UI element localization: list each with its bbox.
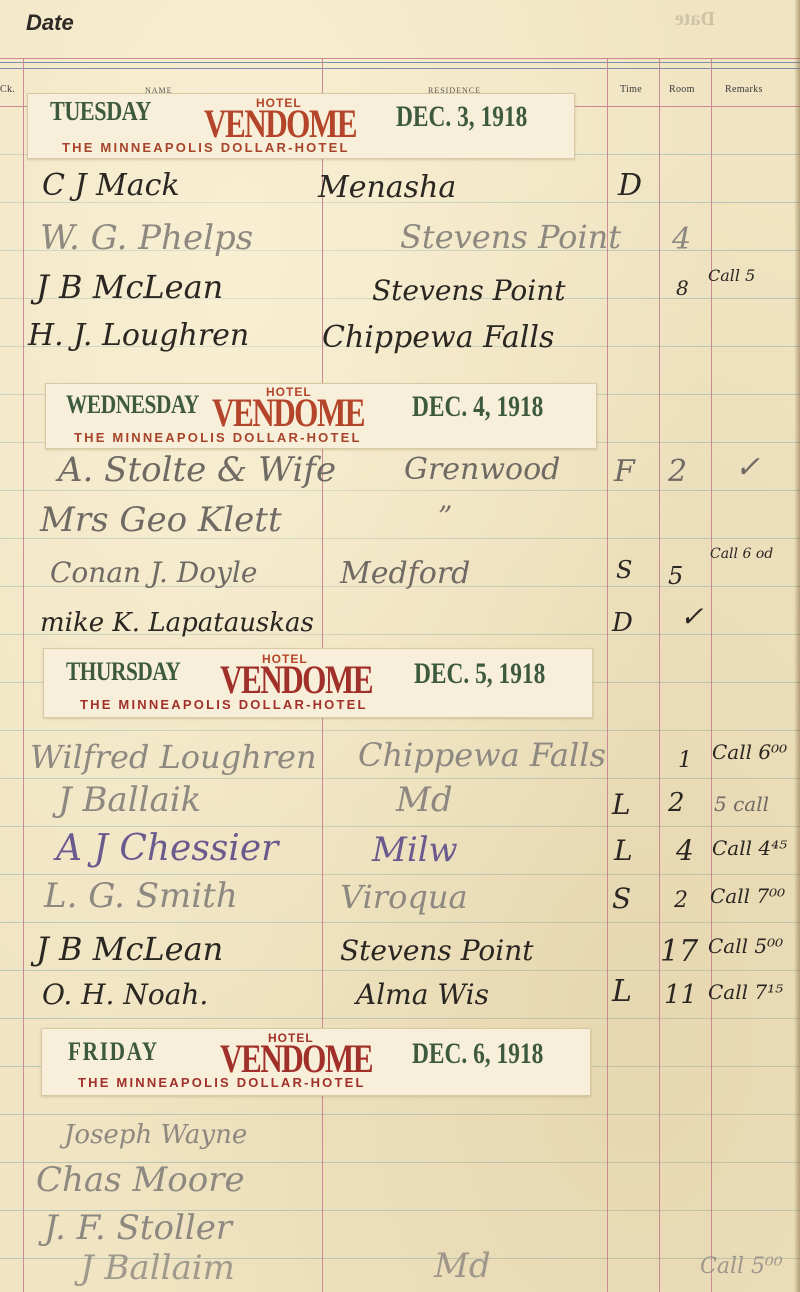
banner-date: DEC. 5, 1918 [414, 657, 545, 691]
guest-name: mike K. Lapatauskas [40, 608, 314, 638]
banner-tagline: THE MINNEAPOLIS DOLLAR-HOTEL [78, 1075, 366, 1090]
guest-name: J. F. Stoller [44, 1208, 232, 1248]
guest-residence: Md [434, 1246, 491, 1286]
guest-residence: Grenwood [404, 452, 560, 487]
column-divider-room [659, 58, 660, 1292]
guest-name: J B McLean [36, 268, 223, 306]
guest-residence: Stevens Point [340, 934, 534, 967]
guest-room: 4 [672, 222, 691, 257]
guest-room: 5 [668, 562, 683, 590]
page-date-label: Date [26, 10, 74, 36]
guest-residence-ditto: ” [438, 500, 452, 533]
guest-name: Mrs Geo Klett [40, 500, 282, 540]
guest-time: D [618, 168, 642, 203]
day-banner-thursday: THURSDAY HOTEL VENDOME DEC. 5, 1918 THE … [43, 648, 593, 718]
page-edge-shadow [794, 0, 800, 1292]
guest-room: 2 [668, 454, 687, 489]
guest-residence: Stevens Point [372, 274, 566, 307]
guest-remarks: Call 5 [708, 266, 755, 285]
guest-time: L [612, 788, 631, 821]
guest-room: 2 [668, 788, 685, 818]
guest-name: L. G. Smith [44, 876, 238, 916]
banner-date: DEC. 4, 1918 [412, 390, 543, 424]
guest-room: 1 [678, 748, 692, 773]
column-header-ck: Ck. [0, 84, 15, 95]
banner-tagline: THE MINNEAPOLIS DOLLAR-HOTEL [80, 697, 368, 712]
guest-time: L [612, 974, 632, 1009]
guest-name: J Ballaim [80, 1248, 235, 1288]
guest-name: J Ballaik [58, 780, 201, 820]
guest-remarks: Call 4⁴⁵ [712, 836, 787, 860]
guest-name: Joseph Wayne [64, 1120, 247, 1150]
day-banner-wednesday: WEDNESDAY HOTEL VENDOME DEC. 4, 1918 THE… [45, 383, 597, 449]
header-rule-top-3 [0, 68, 800, 69]
guest-name: H. J. Loughren [28, 318, 249, 353]
guest-residence: Viroqua [340, 878, 468, 916]
banner-day: TUESDAY [50, 96, 151, 127]
check-mark-icon: ✓ [680, 600, 703, 633]
guest-residence: Md [396, 780, 453, 820]
check-mark-icon: ✓ [735, 450, 760, 485]
guest-name: C J Mack [42, 168, 180, 203]
guest-residence: Medford [340, 556, 470, 591]
guest-room: 2 [674, 888, 688, 913]
guest-residence: Menasha [318, 170, 456, 205]
guest-remarks: Call 6 od [710, 546, 773, 562]
banner-day: WEDNESDAY [66, 390, 199, 420]
guest-room: 8 [676, 276, 689, 300]
guest-name: O. H. Noah. [42, 978, 208, 1011]
banner-day: THURSDAY [66, 657, 180, 687]
guest-name: Wilfred Loughren [30, 738, 317, 776]
guest-remarks: Call 6⁰⁰ [712, 740, 787, 764]
guest-residence: Chippewa Falls [358, 736, 606, 774]
header-rule-top [0, 58, 800, 59]
banner-date: DEC. 3, 1918 [396, 100, 527, 134]
guest-remarks: Call 7⁰⁰ [710, 884, 785, 908]
guest-remarks: Call 7¹⁵ [708, 980, 783, 1004]
column-header-time: Time [620, 84, 642, 95]
column-header-remarks: Remarks [725, 84, 763, 95]
guest-name: J B McLean [36, 930, 223, 968]
guest-room: 11 [664, 980, 697, 1010]
guest-residence: Milw [372, 830, 458, 870]
guest-time: D [612, 608, 633, 638]
header-rule-top-2 [0, 62, 800, 63]
column-divider-ck [23, 58, 24, 1292]
banner-day: FRIDAY [68, 1037, 159, 1067]
column-header-room: Room [669, 84, 695, 95]
day-banner-friday: FRIDAY HOTEL VENDOME DEC. 6, 1918 THE MI… [41, 1028, 591, 1096]
guest-remarks: Call 5⁰⁰ [708, 934, 783, 958]
banner-brand-vendome: VENDOME [212, 393, 364, 433]
guest-residence: Alma Wis [356, 978, 489, 1011]
guest-room: 17 [660, 934, 698, 969]
guest-name: W. G. Phelps [40, 218, 253, 258]
column-divider-remarks [711, 58, 712, 1292]
banner-tagline: THE MINNEAPOLIS DOLLAR-HOTEL [74, 430, 362, 445]
guest-name: A J Chessier [56, 828, 278, 869]
guest-time: S [616, 556, 632, 584]
banner-brand-vendome: VENDOME [220, 1039, 372, 1079]
banner-tagline: THE MINNEAPOLIS DOLLAR-HOTEL [62, 140, 350, 155]
guest-remarks: Call 5⁰⁰ [700, 1254, 783, 1279]
day-banner-tuesday: TUESDAY HOTEL VENDOME DEC. 3, 1918 THE M… [27, 93, 575, 159]
guest-name: Chas Moore [36, 1160, 245, 1200]
bleed-through-date-label: Date [675, 8, 715, 31]
guest-name: A. Stolte & Wife [58, 450, 336, 490]
guest-time: F [614, 454, 635, 489]
guest-residence: Chippewa Falls [322, 320, 554, 355]
banner-date: DEC. 6, 1918 [412, 1037, 543, 1071]
banner-brand-vendome: VENDOME [204, 104, 356, 144]
guest-residence: Stevens Point [400, 218, 621, 256]
banner-brand-vendome: VENDOME [220, 660, 372, 700]
guest-time: S [612, 882, 631, 915]
guest-room: 4 [676, 834, 694, 867]
guest-time: L [614, 834, 633, 867]
guest-remarks: 5 call [714, 792, 769, 816]
guest-name: Conan J. Doyle [50, 556, 257, 589]
